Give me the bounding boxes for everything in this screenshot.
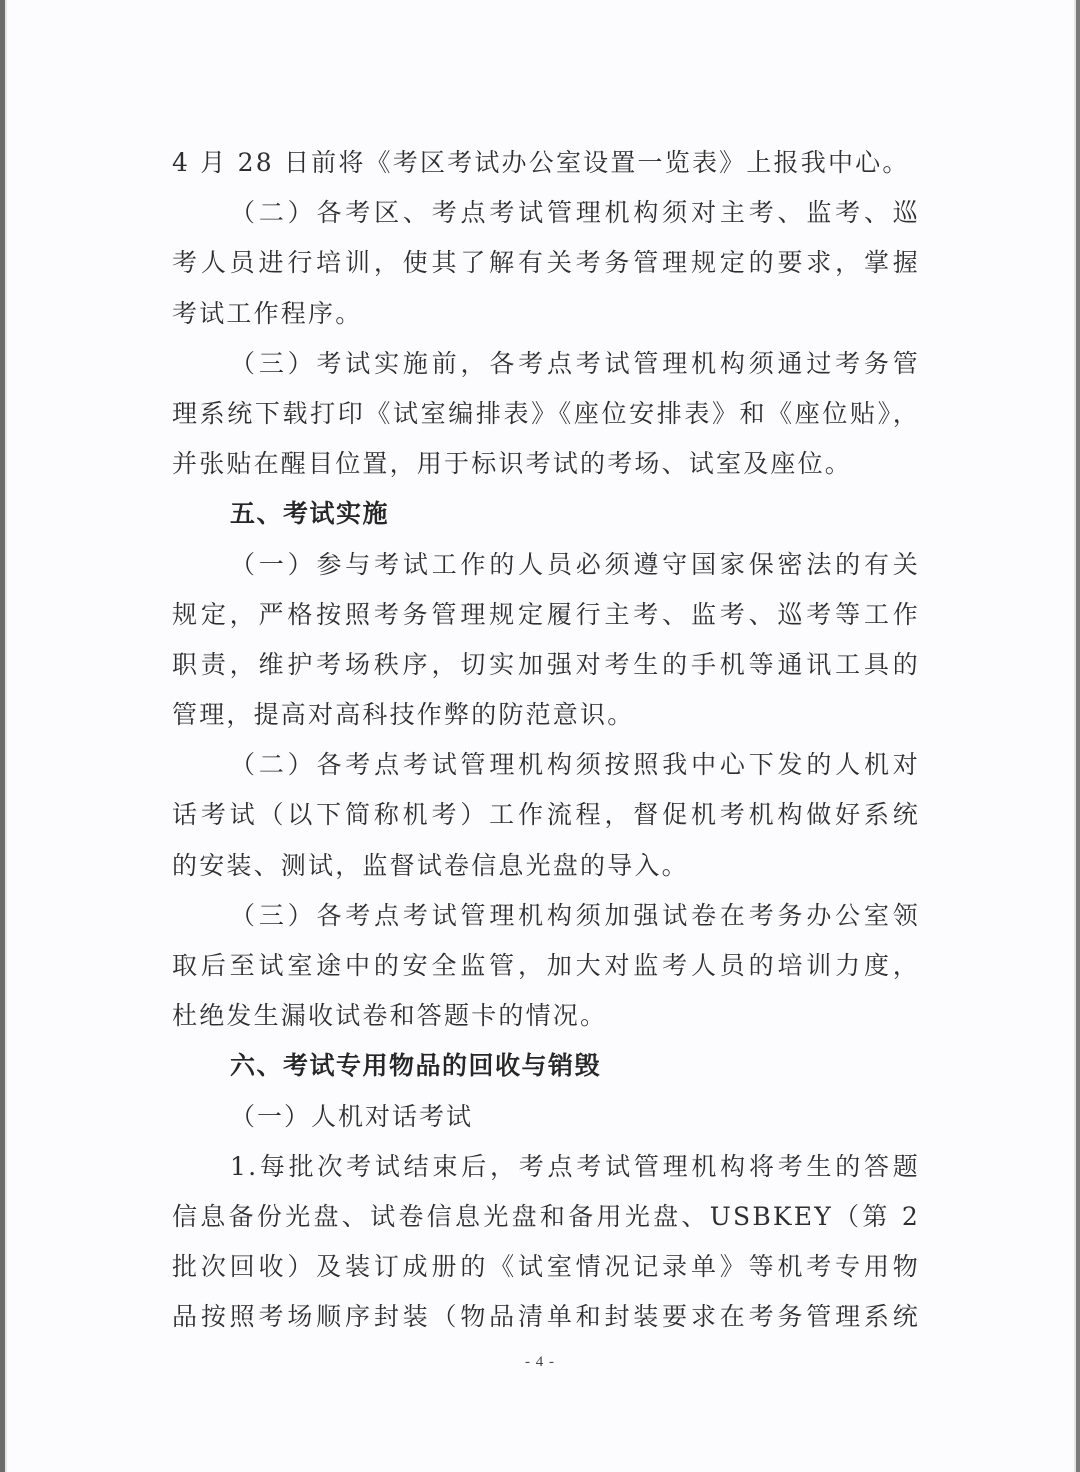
- text-line: 的安装、测试，监督试卷信息光盘的导入。: [172, 841, 920, 891]
- text-line: 考人员进行培训，使其了解有关考务管理规定的要求，掌握: [172, 238, 920, 288]
- text-line: 考试工作程序。: [172, 289, 920, 339]
- document-body: 4 月 28 日前将《考区考试办公室设置一览表》上报我中心。 （二）各考区、考点…: [172, 138, 920, 1343]
- text-line: 理系统下载打印《试室编排表》《座位安排表》和《座位贴》，: [172, 389, 920, 439]
- document-page: 4 月 28 日前将《考区考试办公室设置一览表》上报我中心。 （二）各考区、考点…: [0, 0, 1080, 1472]
- text-line: 话考试（以下简称机考）工作流程，督促机考机构做好系统: [172, 790, 920, 840]
- scan-right-edge-highlight: [1074, 0, 1076, 1472]
- scan-right-edge: [1076, 0, 1080, 1472]
- text-line: 并张贴在醒目位置，用于标识考试的考场、试室及座位。: [172, 439, 920, 489]
- text-line: 管理，提高对高科技作弊的防范意识。: [172, 690, 920, 740]
- text-line: 品按照考场顺序封装（物品清单和封装要求在考务管理系统: [172, 1292, 920, 1342]
- section-heading: 五、考试实施: [172, 489, 920, 539]
- text-line: （三）各考点考试管理机构须加强试卷在考务办公室领: [172, 891, 920, 941]
- text-line: 杜绝发生漏收试卷和答题卡的情况。: [172, 991, 920, 1041]
- text-line: 4 月 28 日前将《考区考试办公室设置一览表》上报我中心。: [172, 138, 920, 188]
- text-line: （二）各考区、考点考试管理机构须对主考、监考、巡: [172, 188, 920, 238]
- text-line: 批次回收）及装订成册的《试室情况记录单》等机考专用物: [172, 1242, 920, 1292]
- text-line: （三）考试实施前，各考点考试管理机构须通过考务管: [172, 339, 920, 389]
- subsection-heading: （一）人机对话考试: [172, 1092, 920, 1142]
- text-line: （二）各考点考试管理机构须按照我中心下发的人机对: [172, 740, 920, 790]
- page-number: - 4 -: [0, 1354, 1080, 1371]
- text-line: 取后至试室途中的安全监管，加大对监考人员的培训力度，: [172, 941, 920, 991]
- text-line: 信息备份光盘、试卷信息光盘和备用光盘、USBKEY（第 2: [172, 1192, 920, 1242]
- text-line: 职责，维护考场秩序，切实加强对考生的手机等通讯工具的: [172, 640, 920, 690]
- text-line: 规定，严格按照考务管理规定履行主考、监考、巡考等工作: [172, 590, 920, 640]
- text-line: （一）参与考试工作的人员必须遵守国家保密法的有关: [172, 540, 920, 590]
- section-heading: 六、考试专用物品的回收与销毁: [172, 1041, 920, 1091]
- text-line: 1.每批次考试结束后，考点考试管理机构将考生的答题: [172, 1142, 920, 1192]
- scan-left-edge-highlight: [5, 0, 7, 1472]
